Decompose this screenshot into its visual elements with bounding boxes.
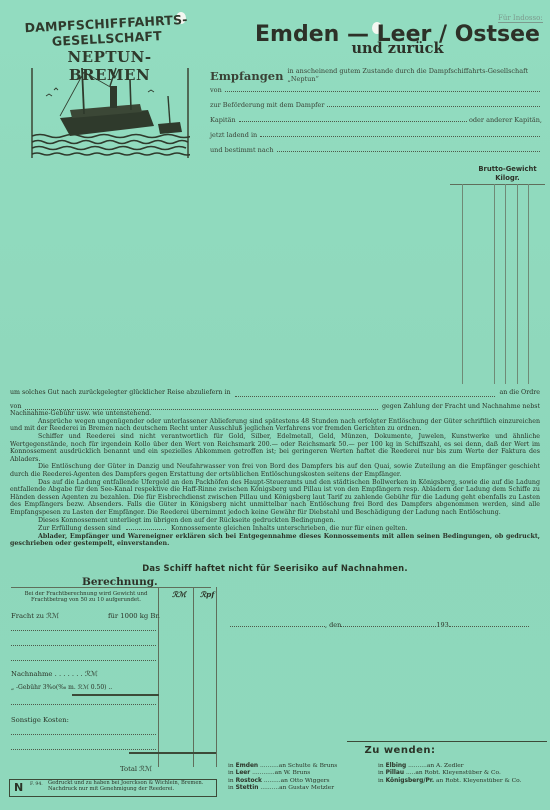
empfangen-heading: Empfangen xyxy=(210,69,283,83)
agent-row: in Emden ..........an Schulte & Bruns xyxy=(228,763,337,770)
berechnung-dotted-line[interactable] xyxy=(11,660,156,661)
dampfer-label: zur Beförderung mit dem Dampfer xyxy=(210,101,324,109)
place-date-line[interactable]: , den 193 xyxy=(230,621,530,629)
nachnahme-text: Nachnahme-Gebühr usw. wie untenstehend. xyxy=(10,410,540,418)
zu-wenden-rule xyxy=(347,741,547,742)
nachnahme-label: Nachnahme . . . . . . . ℛℳ xyxy=(11,670,98,678)
clause-copies: Zur Erfüllung dessen sind Konnossemente … xyxy=(10,524,540,533)
cargo-description-area[interactable] xyxy=(30,180,450,385)
gross-weight-unit: Kilogr. xyxy=(470,174,545,183)
ladend-label: jetzt ladend in xyxy=(210,131,257,139)
imprint-letter: N xyxy=(14,781,23,794)
berechnung-column-line xyxy=(193,587,194,767)
berechnung-dotted-line[interactable] xyxy=(11,645,156,646)
column-rpf-header: ℛpf xyxy=(200,590,214,599)
gross-weight-rule xyxy=(450,184,545,185)
ordre-von-label: von xyxy=(10,403,21,411)
delivery-clause: um solches Gut nach zurückgelegter glück… xyxy=(10,389,540,548)
logo-arc-text: DAMPFSCHIFFFAHRTS-GESELLSCHAFT xyxy=(3,11,209,52)
column-rm-header: ℛℳ xyxy=(172,590,186,599)
steamship-illustration-icon xyxy=(30,66,190,161)
ladend-field[interactable]: jetzt ladend in xyxy=(210,131,542,139)
gross-weight-column-line xyxy=(517,184,518,384)
route-subtitle: und zurück xyxy=(245,40,550,57)
agent-row: in Stettin ..........an Gustav Metzler xyxy=(228,785,337,792)
year-label: 193 xyxy=(436,621,448,629)
empfangen-line: Empfangen in anscheinend gutem Zustande … xyxy=(210,67,542,83)
gross-weight-column-line xyxy=(505,184,506,384)
empfangen-text: in anscheinend gutem Zustande durch die … xyxy=(287,67,542,83)
clause-valuables: Schiffer und Reederei sind nicht verantw… xyxy=(10,433,540,463)
gross-weight-header: Brutto-Gewicht Kilogr. xyxy=(470,165,545,182)
berechnung-top-rule xyxy=(11,587,211,588)
imprint-text: Gedruckt und zu haben bei Joerckson & Wi… xyxy=(48,780,213,792)
agent-row: in Pillau .....an Robt. Kleyenstüber & C… xyxy=(378,770,522,777)
berechnung-dotted-line[interactable] xyxy=(11,749,156,750)
bestimmt-field[interactable]: und bestimmt nach xyxy=(210,146,542,154)
clause-koenigsberg-fees: Das auf die Ladung entfallende Ufergeld … xyxy=(10,479,540,517)
berechnung-dotted-line[interactable] xyxy=(11,630,156,631)
bestimmt-label: und bestimmt nach xyxy=(210,146,274,154)
sonstige-kosten-label: Sonstige Kosten: xyxy=(11,716,69,724)
total-rule xyxy=(129,752,216,754)
gross-weight-title: Brutto-Gewicht xyxy=(470,165,545,174)
total-label: Total ℛℳ xyxy=(120,765,152,773)
delivery-port-input[interactable] xyxy=(235,391,496,397)
clause-discharge-danzig: Die Entlöschung der Güter in Danzig und … xyxy=(10,463,540,478)
gross-weight-column-line xyxy=(494,184,495,384)
dampfer-field[interactable]: zur Beförderung mit dem Dampfer xyxy=(210,101,542,109)
year-input[interactable] xyxy=(449,625,529,627)
kapitaen-field[interactable]: Kapitän oder anderer Kapitän, xyxy=(210,116,542,124)
bill-of-lading-sheet: DAMPFSCHIFFFAHRTS-GESELLSCHAFT NEPTUN-BR… xyxy=(0,0,550,810)
gross-weight-column-line xyxy=(528,184,529,384)
agent-row: in Elbing ..........an A. Zedler xyxy=(378,763,522,770)
indosso-label: Für Indosso: xyxy=(498,14,543,23)
berechnung-column-line xyxy=(216,587,217,767)
berechnung-dotted-line[interactable] xyxy=(11,704,156,705)
ladend-input-line[interactable] xyxy=(260,135,540,137)
place-input[interactable] xyxy=(230,625,325,627)
agents-list-right: in Elbing ..........an A. Zedler in Pill… xyxy=(378,763,522,785)
copies-count-input[interactable] xyxy=(126,524,166,530)
den-label: , den xyxy=(325,621,341,629)
berechnung-note: Bei der Frachtberechnung wird Gewicht un… xyxy=(16,591,156,603)
gross-weight-column-line xyxy=(462,184,463,384)
clause-reverse-conditions: Dieses Konnossement unterliegt im übrige… xyxy=(10,517,540,525)
copies-text-b: Konnossemente gleichen Inhalts unterschr… xyxy=(171,525,407,532)
kapitaen-suffix: oder anderer Kapitän, xyxy=(469,116,542,124)
ordre-text: an die Ordre xyxy=(499,389,540,397)
date-input[interactable] xyxy=(341,625,436,627)
agent-row: in Leer ............an W. Bruns xyxy=(228,770,337,777)
kapitaen-label: Kapitän xyxy=(210,116,236,124)
clause-claims: Ansprüche wegen ungenügender oder unterl… xyxy=(10,418,540,433)
clause-acceptance: Ablader, Empfänger und Wareneigner erklä… xyxy=(10,533,540,548)
agent-row: in Königsberg/Pr. an Robt. Kleyenstüber … xyxy=(378,778,522,785)
bestimmt-input-line[interactable] xyxy=(277,150,540,152)
copies-text-a: Zur Erfüllung dessen sind xyxy=(38,525,121,532)
dampfer-input-line[interactable] xyxy=(327,105,540,107)
zu-wenden-title: Zu wenden: xyxy=(330,745,470,756)
agent-row: in Rostock .........an Otto Wiggers xyxy=(228,778,337,785)
agents-list-left: in Emden ..........an Schulte & Bruns in… xyxy=(228,763,337,792)
fracht-label: Fracht zu ℛℳ xyxy=(11,612,59,620)
von-input-line[interactable] xyxy=(225,90,540,92)
gebuehr-subtotal-rule xyxy=(72,694,159,696)
kapitaen-input-line[interactable] xyxy=(239,120,467,122)
imprint-line-2: Nachdruck nur mit Genehmigung der Reeder… xyxy=(48,786,213,792)
ablieferung-text: um solches Gut nach zurückgelegter glück… xyxy=(10,389,231,397)
von-label: von xyxy=(210,86,222,94)
fracht-unit: für 1000 kg Br. xyxy=(108,612,160,620)
seerisiko-notice: Das Schiff haftet nicht für Seerisiko au… xyxy=(0,563,550,573)
berechnung-dotted-line[interactable] xyxy=(11,734,156,735)
company-logo: DAMPFSCHIFFFAHRTS-GESELLSCHAFT NEPTUN-BR… xyxy=(4,2,209,160)
imprint-ref: F. 94. xyxy=(30,782,43,787)
von-field[interactable]: von xyxy=(210,86,542,94)
zahlung-text: gegen Zahlung der Fracht und Nachnahme n… xyxy=(382,403,540,411)
gebuehr-label: „ -Gebühr 3%o(‰ m. ℛℳ 0.50) .. xyxy=(11,684,112,691)
